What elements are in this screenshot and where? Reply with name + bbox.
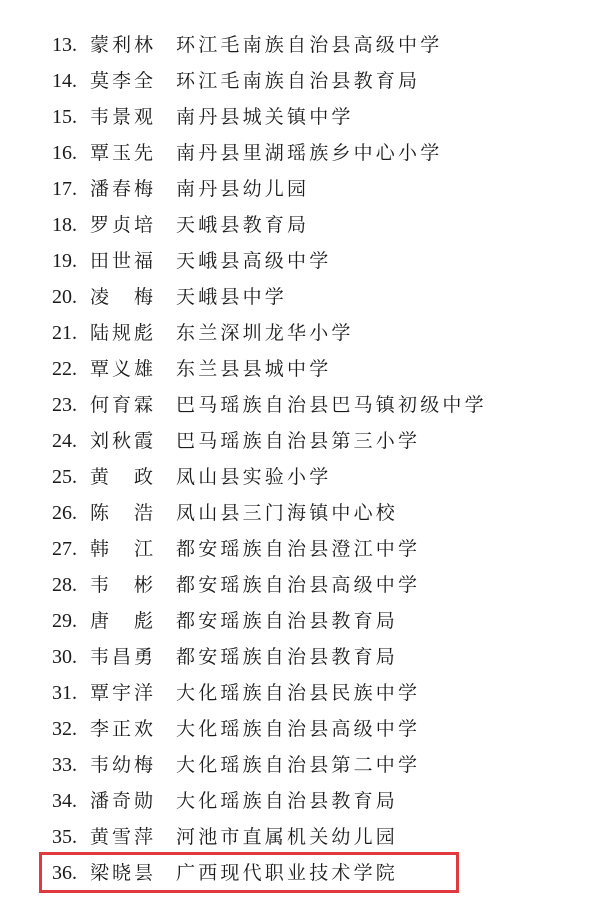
item-number: 18. <box>52 207 88 243</box>
item-number: 16. <box>52 135 88 171</box>
person-name: 蒙利林 <box>90 27 160 63</box>
organization: 东兰县县城中学 <box>176 351 331 387</box>
item-number: 22. <box>52 351 88 387</box>
name-list: 13.蒙利林环江毛南族自治县高级中学 14.莫李全环江毛南族自治县教育局 15.… <box>0 27 616 891</box>
person-name: 陆规彪 <box>90 315 160 351</box>
item-number: 23. <box>52 387 88 423</box>
organization: 大化瑶族自治县民族中学 <box>176 675 420 711</box>
organization: 环江毛南族自治县高级中学 <box>176 27 442 63</box>
person-name: 田世福 <box>90 243 160 279</box>
person-name: 韦 彬 <box>90 567 160 603</box>
item-number: 17. <box>52 171 88 207</box>
item-number: 26. <box>52 495 88 531</box>
list-item: 33.韦幼梅大化瑶族自治县第二中学 <box>0 747 616 783</box>
list-item: 34.潘奇勋大化瑶族自治县教育局 <box>0 783 616 819</box>
organization: 都安瑶族自治县教育局 <box>176 639 398 675</box>
list-item: 17.潘春梅南丹县幼儿园 <box>0 171 616 207</box>
list-item: 25.黄 政凤山县实验小学 <box>0 459 616 495</box>
item-number: 28. <box>52 567 88 603</box>
organization: 大化瑶族自治县教育局 <box>176 783 398 819</box>
item-number: 34. <box>52 783 88 819</box>
item-number: 20. <box>52 279 88 315</box>
item-number: 24. <box>52 423 88 459</box>
person-name: 覃义雄 <box>90 351 160 387</box>
person-name: 黄雪萍 <box>90 819 160 855</box>
list-item: 16.覃玉先南丹县里湖瑶族乡中心小学 <box>0 135 616 171</box>
organization: 都安瑶族自治县高级中学 <box>176 567 420 603</box>
list-item: 31.覃宇洋大化瑶族自治县民族中学 <box>0 675 616 711</box>
person-name: 韦昌勇 <box>90 639 160 675</box>
organization: 都安瑶族自治县教育局 <box>176 603 398 639</box>
list-item: 21.陆规彪东兰深圳龙华小学 <box>0 315 616 351</box>
person-name: 覃宇洋 <box>90 675 160 711</box>
person-name: 唐 彪 <box>90 603 160 639</box>
list-item: 28.韦 彬都安瑶族自治县高级中学 <box>0 567 616 603</box>
organization: 天峨县中学 <box>176 279 287 315</box>
list-item: 24.刘秋霞巴马瑶族自治县第三小学 <box>0 423 616 459</box>
list-item: 14.莫李全环江毛南族自治县教育局 <box>0 63 616 99</box>
list-item: 32.李正欢大化瑶族自治县高级中学 <box>0 711 616 747</box>
organization: 天峨县教育局 <box>176 207 309 243</box>
person-name: 韦景观 <box>90 99 160 135</box>
item-number: 36. <box>52 855 88 891</box>
organization: 南丹县幼儿园 <box>176 171 309 207</box>
organization: 凤山县实验小学 <box>176 459 331 495</box>
organization: 东兰深圳龙华小学 <box>176 315 354 351</box>
person-name: 覃玉先 <box>90 135 160 171</box>
list-item: 29.唐 彪都安瑶族自治县教育局 <box>0 603 616 639</box>
item-number: 13. <box>52 27 88 63</box>
organization: 天峨县高级中学 <box>176 243 331 279</box>
organization: 巴马瑶族自治县巴马镇初级中学 <box>176 387 487 423</box>
list-item: 19.田世福天峨县高级中学 <box>0 243 616 279</box>
item-number: 27. <box>52 531 88 567</box>
item-number: 15. <box>52 99 88 135</box>
person-name: 韦幼梅 <box>90 747 160 783</box>
item-number: 35. <box>52 819 88 855</box>
list-item: 35.黄雪萍河池市直属机关幼儿园 <box>0 819 616 855</box>
list-item: 27.韩 江都安瑶族自治县澄江中学 <box>0 531 616 567</box>
person-name: 潘奇勋 <box>90 783 160 819</box>
list-item: 20.凌 梅天峨县中学 <box>0 279 616 315</box>
item-number: 19. <box>52 243 88 279</box>
organization: 大化瑶族自治县高级中学 <box>176 711 420 747</box>
item-number: 14. <box>52 63 88 99</box>
item-number: 29. <box>52 603 88 639</box>
person-name: 韩 江 <box>90 531 160 567</box>
person-name: 陈 浩 <box>90 495 160 531</box>
list-item: 13.蒙利林环江毛南族自治县高级中学 <box>0 27 616 63</box>
list-item-highlighted: 36.梁晓昙广西现代职业技术学院 <box>0 855 616 891</box>
list-item: 18.罗贞培天峨县教育局 <box>0 207 616 243</box>
person-name: 黄 政 <box>90 459 160 495</box>
item-number: 33. <box>52 747 88 783</box>
list-item: 26.陈 浩凤山县三门海镇中心校 <box>0 495 616 531</box>
person-name: 罗贞培 <box>90 207 160 243</box>
organization: 南丹县里湖瑶族乡中心小学 <box>176 135 442 171</box>
person-name: 莫李全 <box>90 63 160 99</box>
organization: 南丹县城关镇中学 <box>176 99 354 135</box>
person-name: 刘秋霞 <box>90 423 160 459</box>
person-name: 潘春梅 <box>90 171 160 207</box>
organization: 环江毛南族自治县教育局 <box>176 63 420 99</box>
item-number: 25. <box>52 459 88 495</box>
item-number: 32. <box>52 711 88 747</box>
organization: 大化瑶族自治县第二中学 <box>176 747 420 783</box>
organization: 广西现代职业技术学院 <box>176 855 398 891</box>
organization: 凤山县三门海镇中心校 <box>176 495 398 531</box>
item-number: 21. <box>52 315 88 351</box>
organization: 巴马瑶族自治县第三小学 <box>176 423 420 459</box>
item-number: 30. <box>52 639 88 675</box>
list-item: 23.何育霖巴马瑶族自治县巴马镇初级中学 <box>0 387 616 423</box>
list-item: 22.覃义雄东兰县县城中学 <box>0 351 616 387</box>
person-name: 何育霖 <box>90 387 160 423</box>
list-item: 30.韦昌勇都安瑶族自治县教育局 <box>0 639 616 675</box>
organization: 都安瑶族自治县澄江中学 <box>176 531 420 567</box>
person-name: 凌 梅 <box>90 279 160 315</box>
item-number: 31. <box>52 675 88 711</box>
person-name: 梁晓昙 <box>90 855 160 891</box>
person-name: 李正欢 <box>90 711 160 747</box>
organization: 河池市直属机关幼儿园 <box>176 819 398 855</box>
list-item: 15.韦景观南丹县城关镇中学 <box>0 99 616 135</box>
